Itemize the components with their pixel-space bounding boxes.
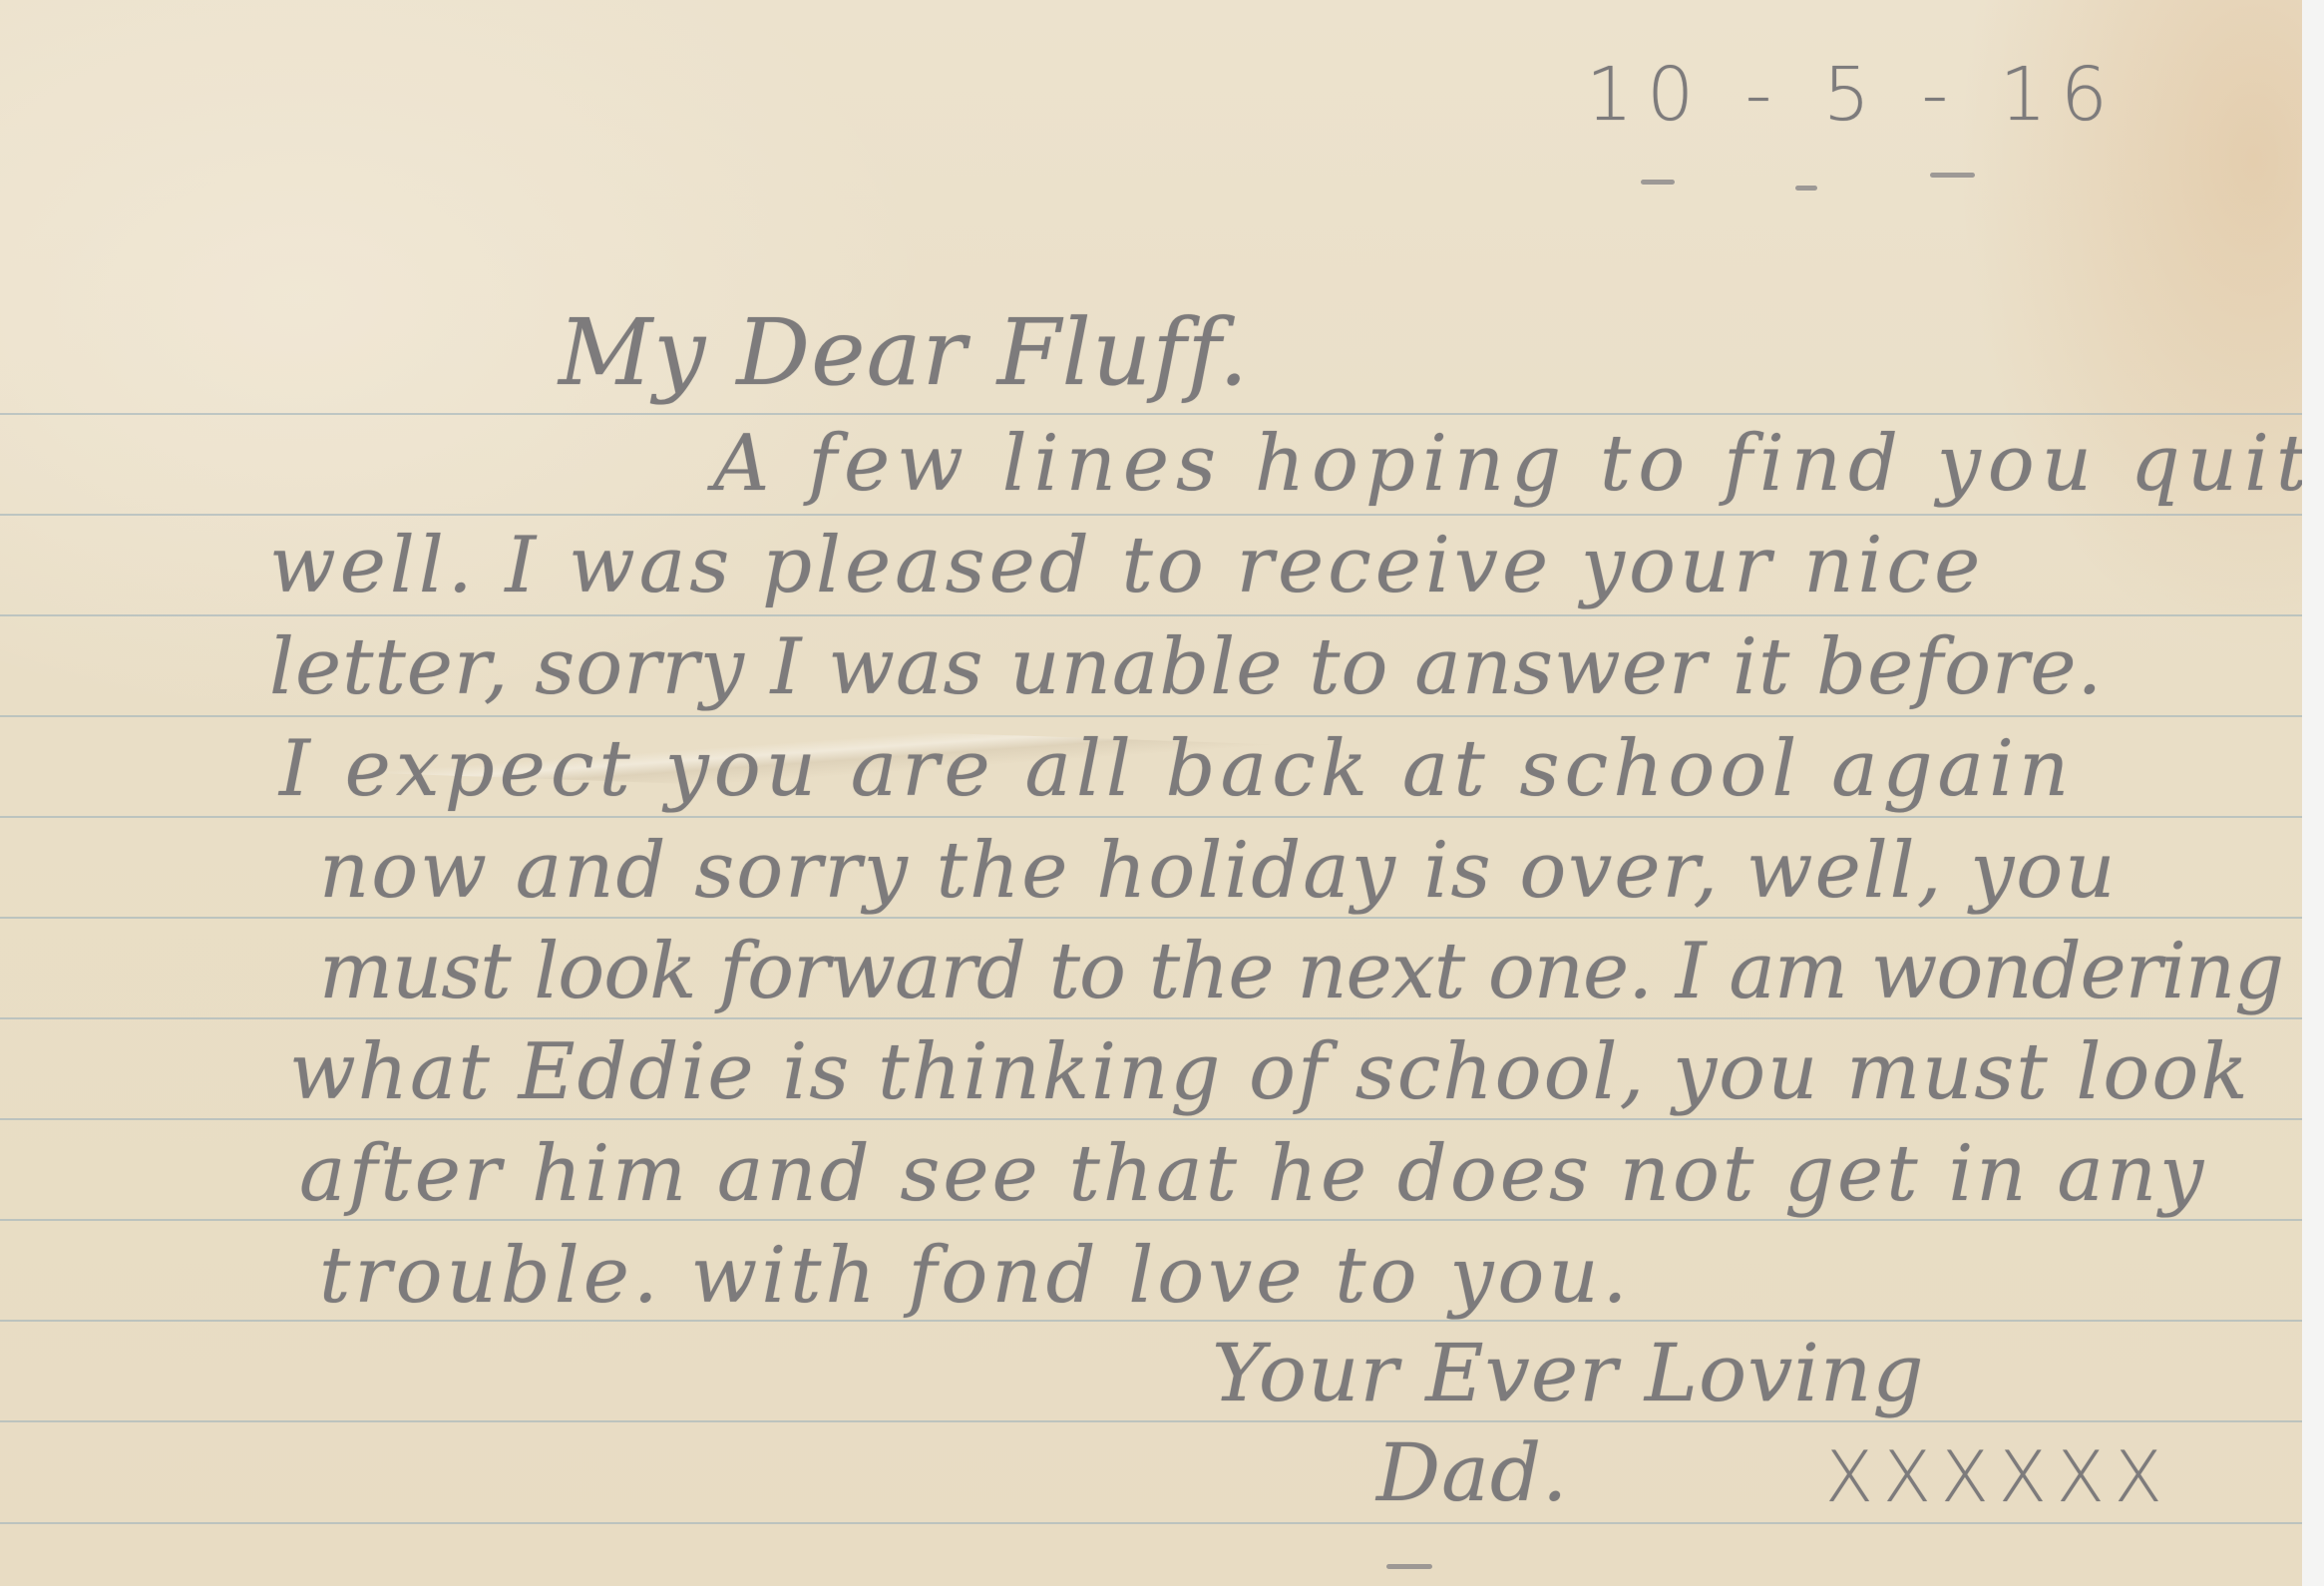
body-line: must look forward to the next one. I am … (319, 927, 2283, 1016)
ruled-line (0, 917, 2302, 919)
body-line: what Eddie is thinking of school, you mu… (289, 1027, 2250, 1117)
body-line: I expect you are all back at school agai… (279, 724, 2074, 814)
scan-background-edge (2302, 0, 2324, 1586)
date-underline (1795, 186, 1817, 191)
ruled-line (0, 715, 2302, 717)
date-underline (1930, 173, 1975, 178)
body-line: A few lines hoping to find you quite (713, 419, 2324, 509)
body-line: after him and see that he does not get i… (299, 1129, 2206, 1219)
signature-underline (1386, 1564, 1432, 1569)
closing: Your Ever Loving (1212, 1327, 1925, 1419)
ruled-line (0, 1118, 2302, 1120)
ruled-line (0, 1017, 2302, 1019)
ruled-line (0, 1420, 2302, 1422)
body-line: trouble. with fond love to you. (319, 1231, 1631, 1321)
kisses: XXXXXX (1825, 1436, 2172, 1518)
ruled-line (0, 614, 2302, 616)
ruled-line (0, 1522, 2302, 1524)
letter-date: 10 - 5 - 16 (1586, 52, 2122, 138)
ruled-line (0, 816, 2302, 818)
signature: Dad. (1376, 1426, 1568, 1519)
ruled-line (0, 514, 2302, 516)
ruled-line (0, 413, 2302, 415)
letter-paper: 10 - 5 - 16 My Dear Fluff. A few lines h… (0, 0, 2302, 1586)
body-line: now and sorry the holiday is over, well,… (319, 826, 2117, 916)
date-underline (1641, 180, 1675, 185)
salutation: My Dear Fluff. (559, 299, 1249, 406)
ruled-line (0, 1219, 2302, 1221)
body-line: letter, sorry I was unable to answer it … (269, 622, 2103, 712)
body-line: well. I was pleased to receive your nice (269, 521, 1984, 610)
